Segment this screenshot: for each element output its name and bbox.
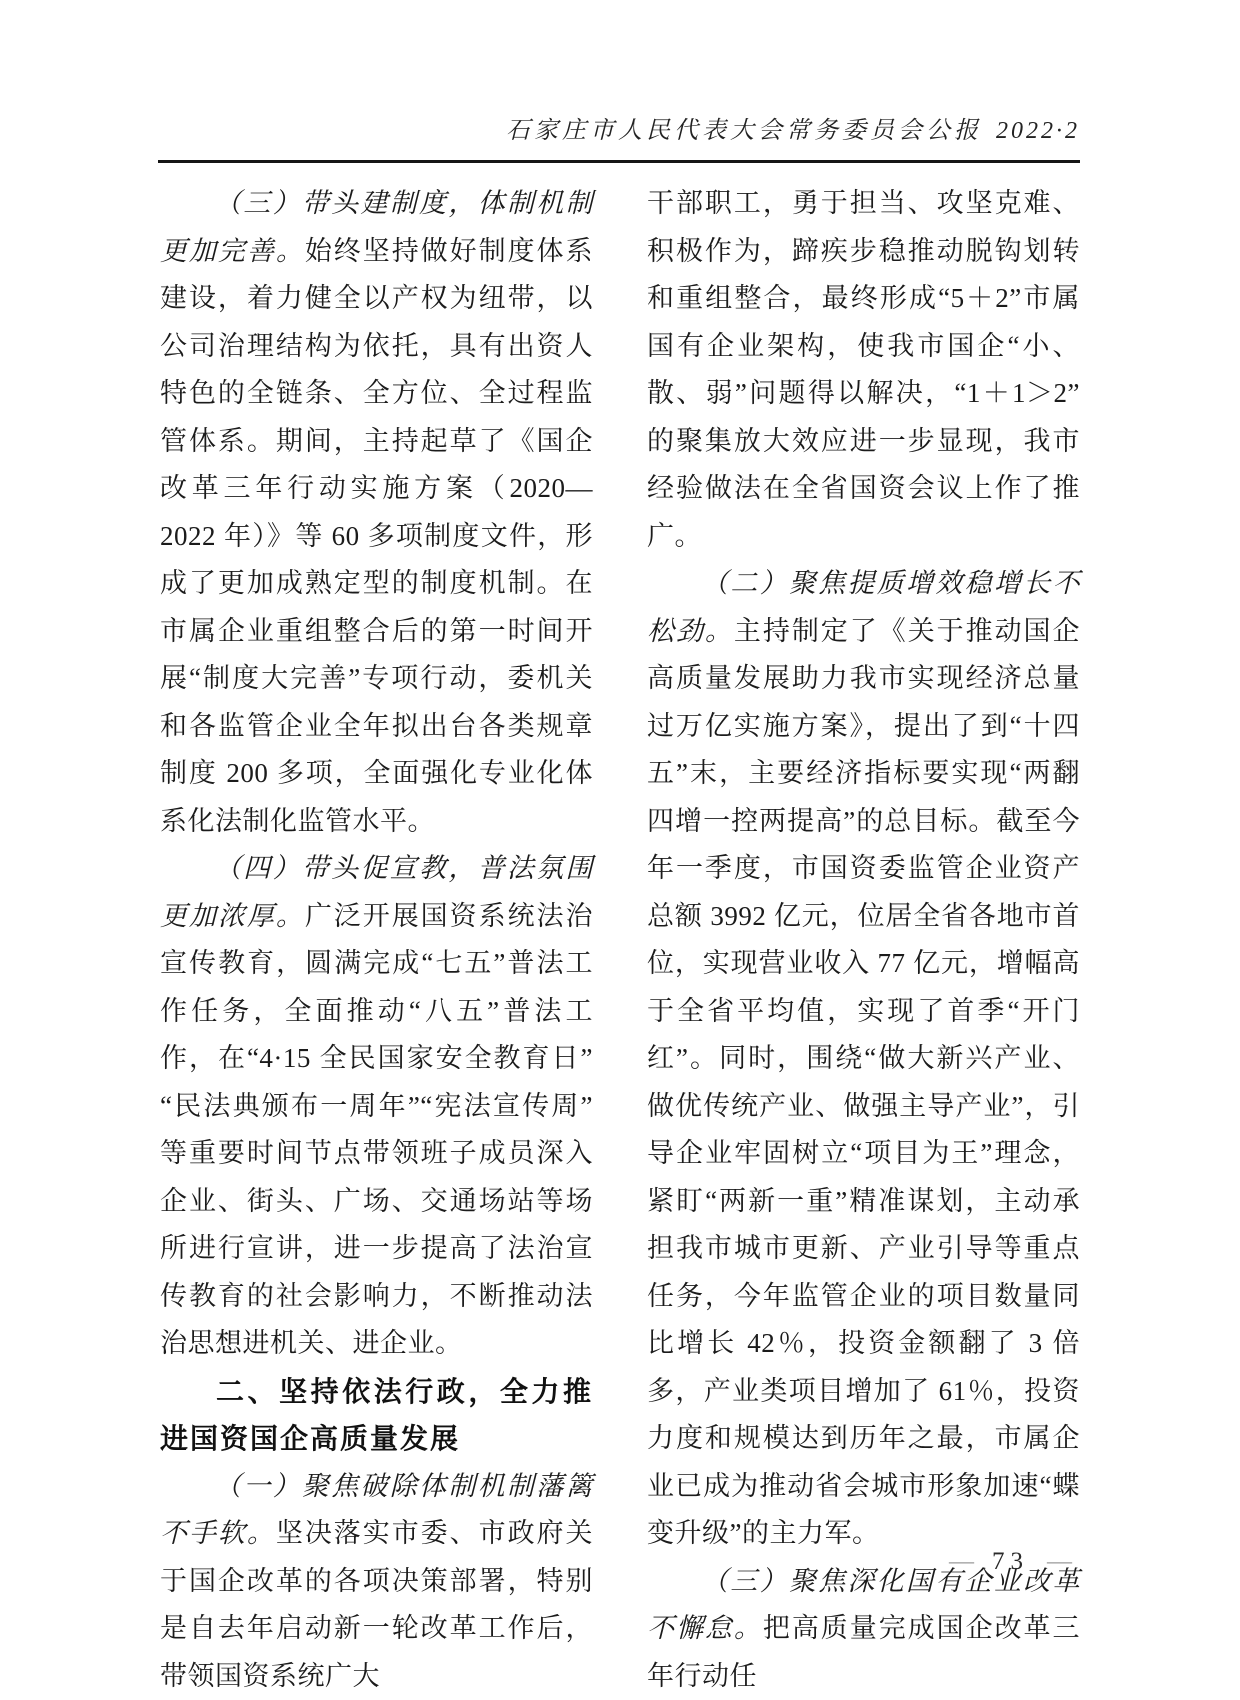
- para-publicity: （四）带头促宣教，普法氛围更加浓厚。广泛开展国资系统法治宣传教育，圆满完成“七五…: [160, 845, 593, 1368]
- para-quality-body: 主持制定了《关于推动国企高质量发展助力我市实现经济总量过万亿实施方案》，提出了到…: [647, 616, 1080, 1549]
- left-column: （三）带头建制度，体制机制更加完善。始终坚持做好制度体系建设，着力健全以产权为纽…: [160, 180, 593, 1516]
- footer-dash-right: —: [1047, 1548, 1072, 1575]
- section-heading: 二、坚持依法行政，全力推进国资国企高质量发展: [160, 1368, 593, 1463]
- header-issue: 2022·2: [996, 118, 1080, 144]
- para-institutions-body: 始终坚持做好制度体系建设，着力健全以产权为纽带，以公司治理结构为依托，具有出资人…: [160, 236, 593, 836]
- para-publicity-body: 广泛开展国资系统法治宣传教育，圆满完成“七五”普法工作任务，全面推动“八五”普法…: [160, 901, 593, 1359]
- page-header: 石家庄市人民代表大会常务委员会公报2022·2: [160, 110, 1080, 145]
- bulletin-page: 石家庄市人民代表大会常务委员会公报2022·2 （三）带头建制度，体制机制更加完…: [0, 0, 1240, 1700]
- para-break-barriers-continuation: 干部职工，勇于担当、攻坚克难、积极作为，蹄疾步稳推动脱钩划转和重组整合，最终形成…: [647, 180, 1080, 560]
- header-rule: [158, 160, 1080, 163]
- page-number: 73: [992, 1548, 1029, 1575]
- page-footer: —73—: [160, 1548, 1072, 1576]
- para-break-barriers: （一）聚焦破除体制机制藩篱不手软。坚决落实市委、市政府关于国企改革的各项决策部署…: [160, 1463, 593, 1700]
- para-deepen-reform: （三）聚焦深化国有企业改革不懈怠。把高质量完成国企改革三年行动任: [647, 1558, 1080, 1700]
- header-title: 石家庄市人民代表大会常务委员会公报: [506, 118, 982, 144]
- para-quality: （二）聚焦提质增效稳增长不松劲。主持制定了《关于推动国企高质量发展助力我市实现经…: [647, 560, 1080, 1558]
- right-column: 干部职工，勇于担当、攻坚克难、积极作为，蹄疾步稳推动脱钩划转和重组整合，最终形成…: [647, 180, 1080, 1516]
- document-body: （三）带头建制度，体制机制更加完善。始终坚持做好制度体系建设，着力健全以产权为纽…: [160, 180, 1080, 1516]
- para-institutions: （三）带头建制度，体制机制更加完善。始终坚持做好制度体系建设，着力健全以产权为纽…: [160, 180, 593, 845]
- footer-dash-left: —: [949, 1548, 974, 1575]
